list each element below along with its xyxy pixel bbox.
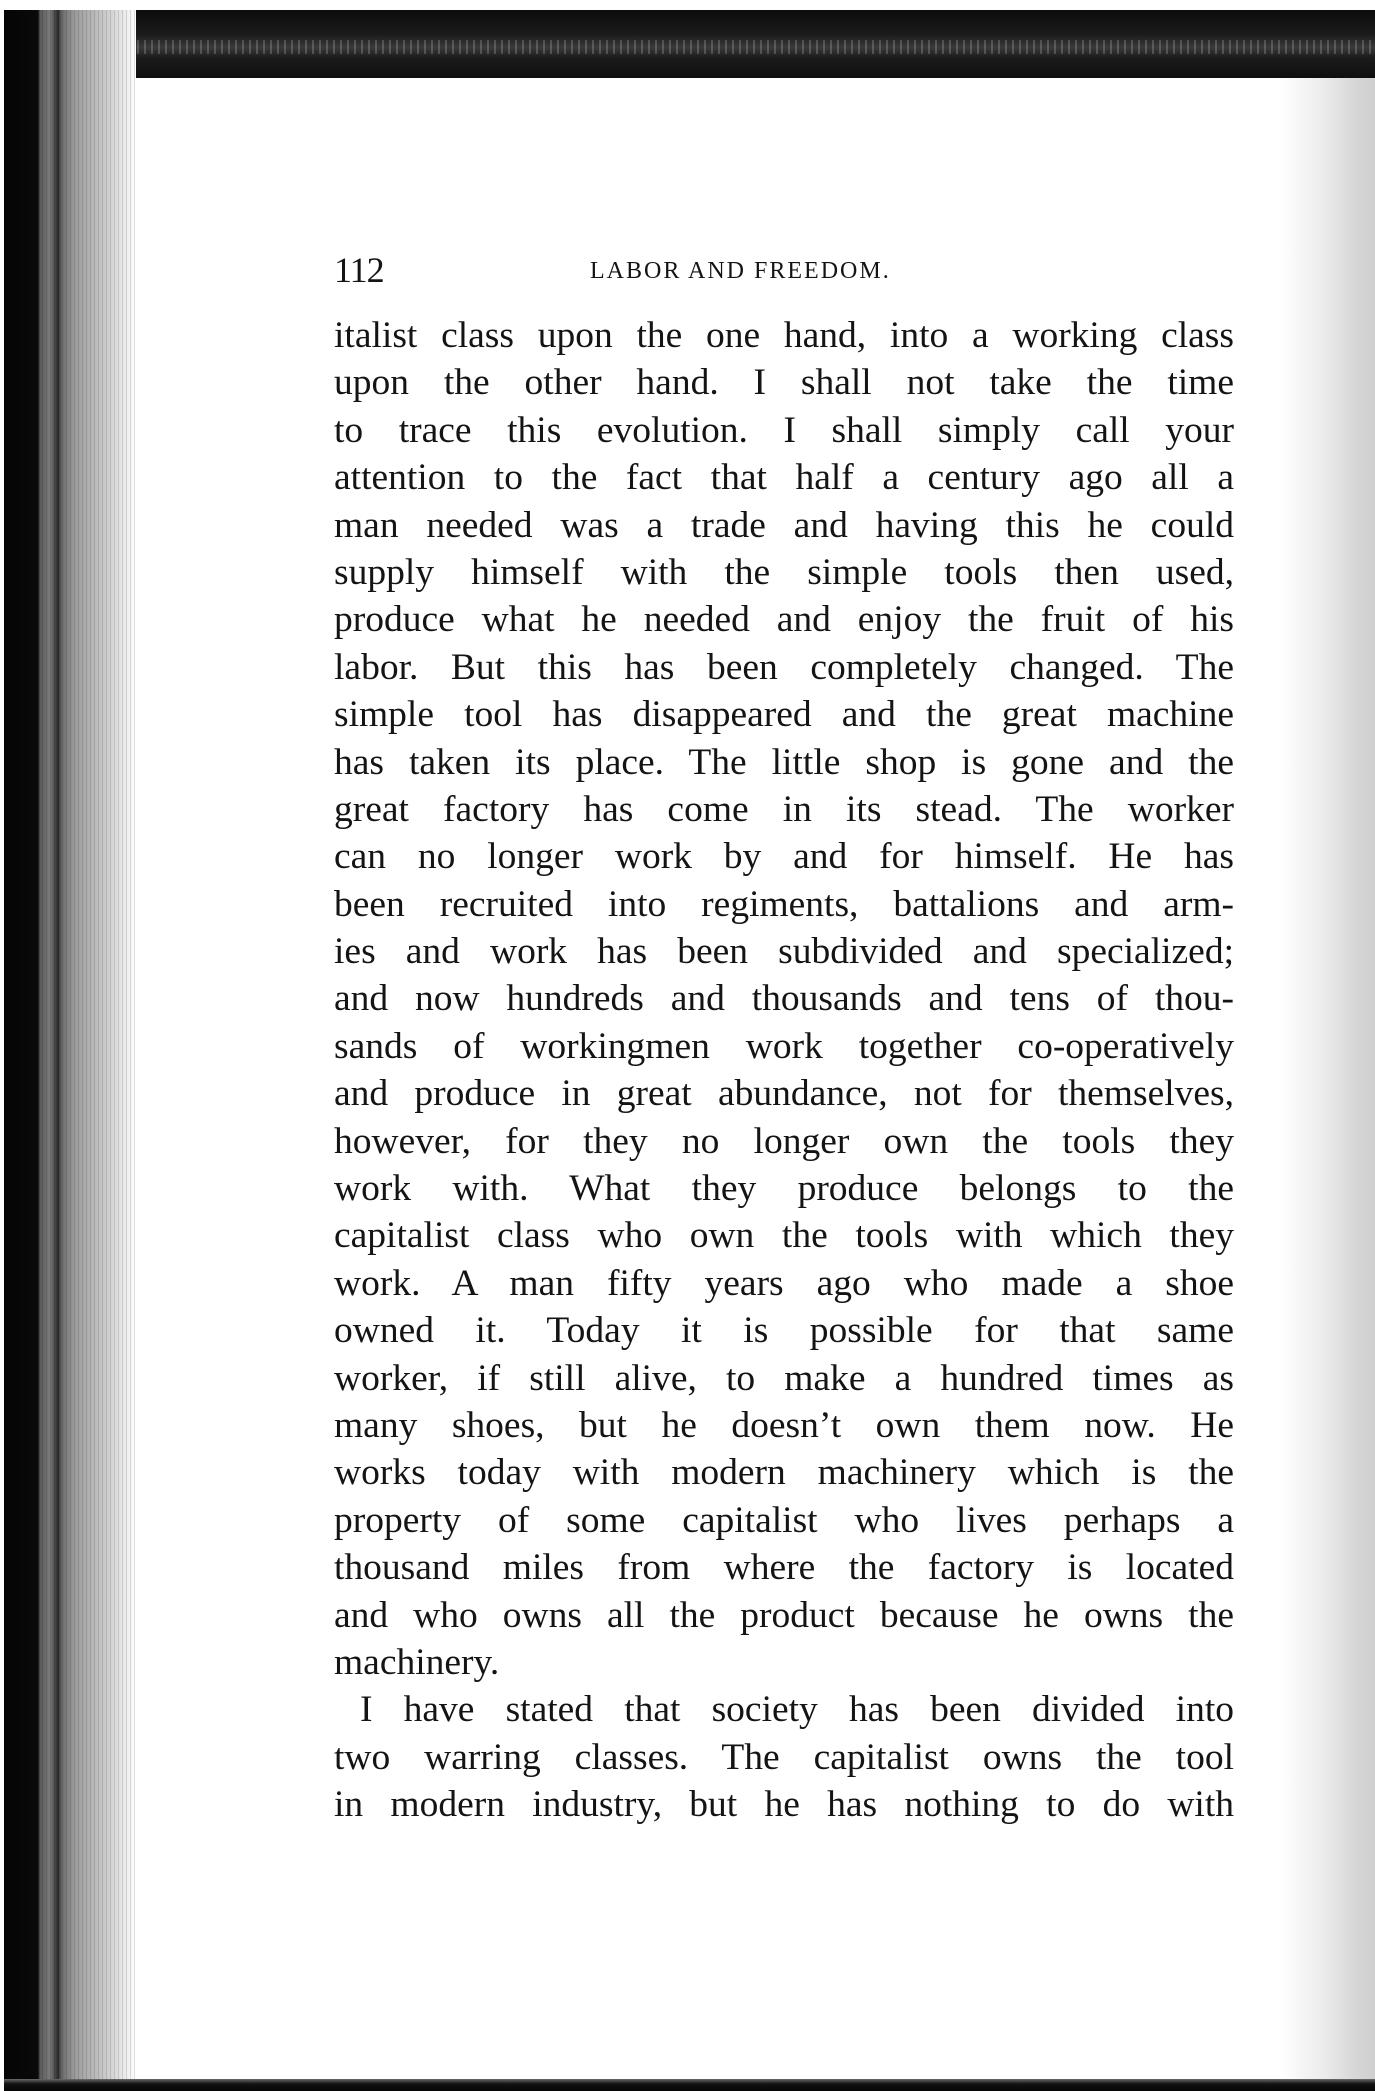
text-line: however, for they no longer own the tool… xyxy=(334,1118,1234,1165)
text-line: machinery. xyxy=(334,1639,1234,1686)
text-line: thousand miles from where the factory is… xyxy=(334,1544,1234,1591)
text-line: labor. But this has been completely chan… xyxy=(334,644,1234,691)
text-line: produce what he needed and enjoy the fru… xyxy=(334,596,1234,643)
text-line: I have stated that society has been divi… xyxy=(334,1686,1234,1733)
text-line: supply himself with the simple tools the… xyxy=(334,549,1234,596)
text-line: ies and work has been subdivided and spe… xyxy=(334,928,1234,975)
text-line: can no longer work by and for himself. H… xyxy=(334,833,1234,880)
text-line: upon the other hand. I shall not take th… xyxy=(334,359,1234,406)
text-line: man needed was a trade and having this h… xyxy=(334,502,1234,549)
text-line: italist class upon the one hand, into a … xyxy=(334,312,1234,359)
text-line: great factory has come in its stead. The… xyxy=(334,786,1234,833)
text-line: been recruited into regiments, battalion… xyxy=(334,881,1234,928)
text-line: has taken its place. The little shop is … xyxy=(334,739,1234,786)
book-page: 112 LABOR AND FREEDOM. italist class upo… xyxy=(0,0,1375,2091)
text-line: and who owns all the product because he … xyxy=(334,1592,1234,1639)
text-line: sands of workingmen work together co-ope… xyxy=(334,1023,1234,1070)
body-text: italist class upon the one hand, into a … xyxy=(334,312,1234,1829)
text-line: work with. What they produce belongs to … xyxy=(334,1165,1234,1212)
text-line: and produce in great abundance, not for … xyxy=(334,1070,1234,1117)
running-head: 112 LABOR AND FREEDOM. xyxy=(334,250,1234,290)
text-line: capitalist class who own the tools with … xyxy=(334,1212,1234,1259)
text-line: property of some capitalist who lives pe… xyxy=(334,1497,1234,1544)
text-line: to trace this evolution. I shall simply … xyxy=(334,407,1234,454)
text-line: in modern industry, but he has nothing t… xyxy=(334,1781,1234,1828)
text-line: two warring classes. The capitalist owns… xyxy=(334,1734,1234,1781)
page-number: 112 xyxy=(334,250,384,290)
paragraph-1: italist class upon the one hand, into a … xyxy=(334,312,1234,1686)
text-line: many shoes, but he doesn’t own them now.… xyxy=(334,1402,1234,1449)
text-line: work. A man fifty years ago who made a s… xyxy=(334,1260,1234,1307)
text-line: attention to the fact that half a centur… xyxy=(334,454,1234,501)
text-line: owned it. Today it is possible for that … xyxy=(334,1307,1234,1354)
text-line: worker, if still alive, to make a hundre… xyxy=(334,1355,1234,1402)
running-title: LABOR AND FREEDOM. xyxy=(590,256,891,286)
text-line: simple tool has disappeared and the grea… xyxy=(334,691,1234,738)
text-line: works today with modern machinery which … xyxy=(334,1449,1234,1496)
text-line: and now hundreds and thousands and tens … xyxy=(334,975,1234,1022)
paragraph-2: I have stated that society has been divi… xyxy=(334,1686,1234,1828)
